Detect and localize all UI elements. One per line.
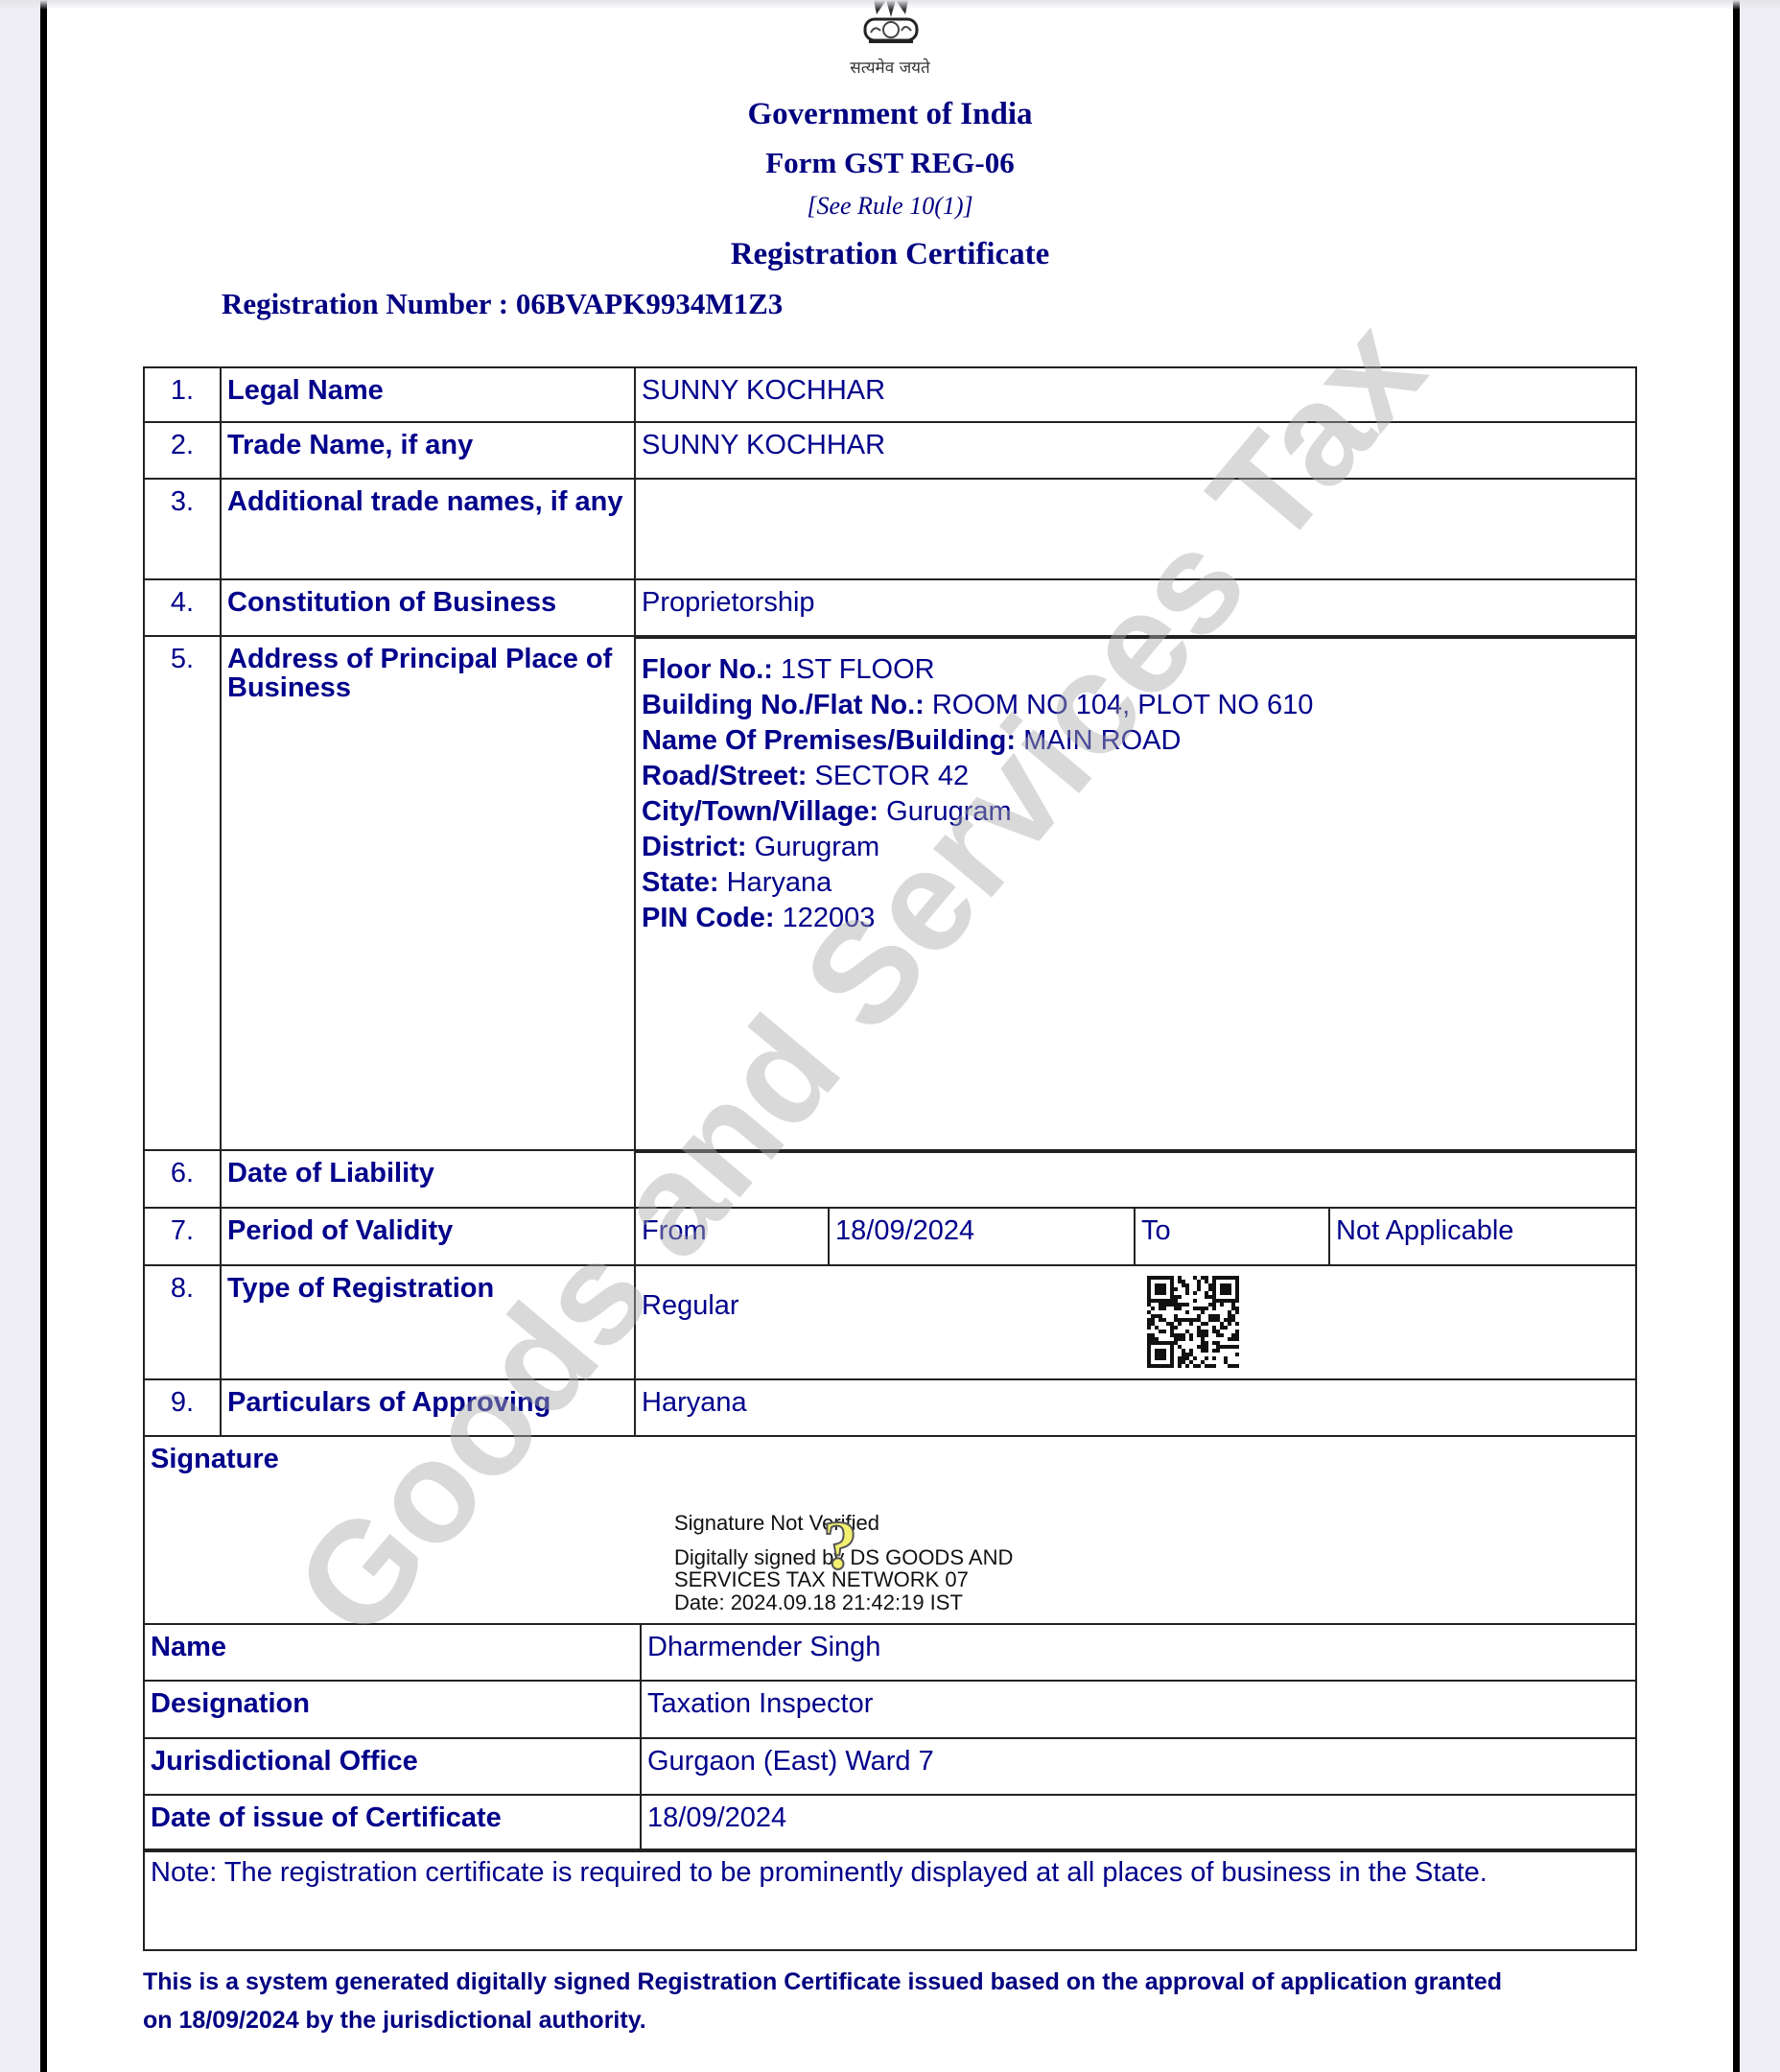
row-label: Type of Registration — [220, 1264, 636, 1380]
officer-value: 18/09/2024 — [640, 1794, 1637, 1852]
address-line: PIN Code: 122003 — [642, 901, 1629, 936]
address-line: State: Haryana — [642, 865, 1629, 901]
row-number: 2. — [143, 421, 222, 480]
row-label: Address of Principal Place of Business — [220, 635, 636, 1151]
row-label: Trade Name, if any — [220, 421, 636, 480]
officer-label: Name — [143, 1623, 642, 1682]
validity-from-label: From — [634, 1207, 830, 1266]
address-value-text: MAIN ROAD — [1023, 725, 1181, 756]
address-key: Floor No.: — [642, 654, 773, 685]
question-mark-icon[interactable]: ? — [823, 1506, 857, 1586]
address-key: State: — [642, 867, 719, 898]
row-value: Regular — [634, 1264, 1637, 1380]
row-label: Constitution of Business — [220, 578, 636, 637]
officer-label: Jurisdictional Office — [143, 1737, 642, 1796]
row-value: SUNNY KOCHHAR — [634, 366, 1637, 423]
row-number: 9. — [143, 1378, 222, 1437]
registration-number-value: 06BVAPK9934M1Z3 — [516, 287, 783, 320]
address-line: Road/Street: SECTOR 42 — [642, 759, 1629, 794]
row-number: 4. — [143, 578, 222, 637]
address-line: City/Town/Village: Gurugram — [642, 794, 1629, 830]
row-value: Haryana — [634, 1378, 1637, 1437]
qr-code-icon — [1147, 1276, 1239, 1368]
viewer-top-shadow — [0, 0, 1780, 10]
address-key: Road/Street: — [642, 761, 807, 791]
registration-number: Registration Number : 06BVAPK9934M1Z3 — [222, 287, 783, 321]
rule-reference: [See Rule 10(1)] — [0, 192, 1780, 221]
validity-to-label: To — [1134, 1207, 1330, 1266]
signature-label: Signature — [151, 1445, 1629, 1474]
row-number: 3. — [143, 478, 222, 580]
address-value-text: Gurugram — [755, 832, 880, 862]
row-value — [634, 1149, 1637, 1209]
row-number: 6. — [143, 1149, 222, 1209]
note: Note: The registration certificate is re… — [143, 1848, 1637, 1951]
address-key: District: — [642, 832, 747, 862]
row-label: Legal Name — [220, 366, 636, 423]
address-value: Floor No.: 1ST FLOORBuilding No./Flat No… — [634, 637, 1637, 1153]
address-key: Name Of Premises/Building: — [642, 725, 1016, 756]
address-line: District: Gurugram — [642, 830, 1629, 865]
officer-value: Gurgaon (East) Ward 7 — [640, 1737, 1637, 1796]
address-value-text: Gurugram — [886, 796, 1012, 827]
row-number: 8. — [143, 1264, 222, 1380]
row-value: Proprietorship — [634, 578, 1637, 637]
row-label: Period of Validity — [220, 1207, 636, 1266]
officer-label: Date of issue of Certificate — [143, 1794, 642, 1852]
row-label: Additional trade names, if any — [220, 478, 636, 580]
footer-line-1: This is a system generated digitally sig… — [143, 1968, 1502, 1996]
address-key: PIN Code: — [642, 903, 775, 933]
address-value-text: SECTOR 42 — [814, 761, 969, 791]
address-value-text: Haryana — [727, 867, 832, 898]
officer-label: Designation — [143, 1680, 642, 1739]
government-heading: Government of India — [0, 97, 1780, 132]
officer-value: Taxation Inspector — [640, 1680, 1637, 1739]
validity-from-date: 18/09/2024 — [828, 1207, 1136, 1266]
registration-number-label: Registration Number : — [222, 287, 508, 320]
certificate-title: Registration Certificate — [0, 237, 1780, 272]
footer-line-2: on 18/09/2024 by the jurisdictional auth… — [143, 2007, 646, 2035]
signature-line-3: Date: 2024.09.18 21:42:19 IST — [674, 1591, 963, 1614]
address-line: Floor No.: 1ST FLOOR — [642, 652, 1629, 688]
address-line: Building No./Flat No.: ROOM NO 104, PLOT… — [642, 688, 1629, 723]
row-number: 5. — [143, 635, 222, 1151]
address-key: Building No./Flat No.: — [642, 690, 925, 720]
row-number: 7. — [143, 1207, 222, 1266]
row-number: 1. — [143, 366, 222, 423]
row-label: Particulars of Approving — [220, 1378, 636, 1437]
row-value: SUNNY KOCHHAR — [634, 421, 1637, 480]
validity-to-date: Not Applicable — [1328, 1207, 1637, 1266]
address-value-text: 1ST FLOOR — [781, 654, 935, 685]
address-value-text: ROOM NO 104, PLOT NO 610 — [932, 690, 1314, 720]
officer-value: Dharmender Singh — [640, 1623, 1637, 1682]
motto: सत्यमेव जयते — [0, 56, 1780, 78]
signature-line-2: SERVICES TAX NETWORK 07 — [674, 1568, 969, 1591]
address-key: City/Town/Village: — [642, 796, 878, 827]
row-value — [634, 478, 1637, 580]
row-label: Date of Liability — [220, 1149, 636, 1209]
address-line: Name Of Premises/Building: MAIN ROAD — [642, 723, 1629, 759]
address-value-text: 122003 — [783, 903, 876, 933]
form-heading: Form GST REG-06 — [0, 146, 1780, 180]
